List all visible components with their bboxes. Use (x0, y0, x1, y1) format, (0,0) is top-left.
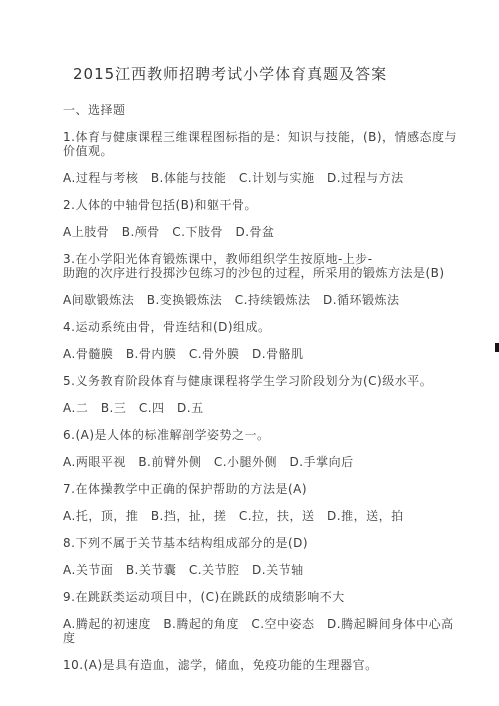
question-stem: 9.在跳跃类运动项目中，(C)在跳跃的成绩影响不大 (63, 590, 461, 604)
question-block: 7.在体操教学中正确的保护帮助的方法是(A) A.托，顶，推 B.挡，扯，搓 C… (63, 482, 461, 523)
question-stem: 1.体育与健康课程三维课程图标指的是：知识与技能，(B)，情感态度与价值观。 (63, 130, 461, 158)
question-options: A上肢骨 B.颅骨 C.下肢骨 D.骨盆 (63, 225, 461, 239)
document-content: 2015江西教师招聘考试小学体育真题及答案 一、选择题 1.体育与健康课程三维课… (0, 0, 499, 672)
question-block: 9.在跳跃类运动项目中，(C)在跳跃的成绩影响不大 A.腾起的初速度 B.腾起的… (63, 590, 461, 645)
question-options: A间歇锻炼法 B.变换锻炼法 C.持续锻炼法 D.循环锻炼法 (63, 293, 461, 307)
question-stem: 3.在小学阳光体育锻炼课中，教师组织学生按原地-上步- 助跑的次序进行投掷沙包练… (63, 252, 461, 280)
question-block: 10.(A)是具有造血，滤学，储血，免疫功能的生理器官。 (63, 658, 461, 672)
question-block: 4.运动系统由骨，骨连结和(D)组成。 A.骨髓膜 B.骨内膜 C.骨外膜 D.… (63, 320, 461, 361)
question-options: A.过程与考核 B.体能与技能 C.计划与实施 D.过程与方法 (63, 171, 461, 185)
question-block: 1.体育与健康课程三维课程图标指的是：知识与技能，(B)，情感态度与价值观。 A… (63, 130, 461, 185)
question-block: 3.在小学阳光体育锻炼课中，教师组织学生按原地-上步- 助跑的次序进行投掷沙包练… (63, 252, 461, 307)
question-stem: 5.义务教育阶段体育与健康课程将学生学习阶段划分为(C)级水平。 (63, 374, 461, 388)
question-stem: 7.在体操教学中正确的保护帮助的方法是(A) (63, 482, 461, 496)
question-options: A.骨髓膜 B.骨内膜 C.骨外膜 D.骨骼肌 (63, 347, 461, 361)
question-block: 6.(A)是人体的标准解剖学姿势之一。 A.两眼平视 B.前臂外侧 C.小腿外侧… (63, 428, 461, 469)
question-options: A.关节面 B.关节囊 C.关节腔 D.关节轴 (63, 563, 461, 577)
page-title: 2015江西教师招聘考试小学体育真题及答案 (73, 64, 461, 84)
question-block: 2.人体的中轴骨包括(B)和躯干骨。 A上肢骨 B.颅骨 C.下肢骨 D.骨盆 (63, 198, 461, 239)
question-options: A.二 B.三 C.四 D.五 (63, 401, 461, 415)
question-stem: 2.人体的中轴骨包括(B)和躯干骨。 (63, 198, 461, 212)
question-options: A.两眼平视 B.前臂外侧 C.小腿外侧 D.手掌向后 (63, 455, 461, 469)
section-heading: 一、选择题 (63, 103, 461, 117)
edge-artifact-mark (495, 343, 499, 352)
question-options: A.托，顶，推 B.挡，扯，搓 C.拉，扶，送 D.推，送，拍 (63, 509, 461, 523)
question-stem: 6.(A)是人体的标准解剖学姿势之一。 (63, 428, 461, 442)
question-options: A.腾起的初速度 B.腾起的角度 C.空中姿态 D.腾起瞬间身体中心高度 (63, 617, 461, 645)
question-block: 8.下列不属于关节基本结构组成部分的是(D) A.关节面 B.关节囊 C.关节腔… (63, 536, 461, 577)
document-page: 2015江西教师招聘考试小学体育真题及答案 一、选择题 1.体育与健康课程三维课… (0, 0, 499, 706)
question-stem: 4.运动系统由骨，骨连结和(D)组成。 (63, 320, 461, 334)
question-block: 5.义务教育阶段体育与健康课程将学生学习阶段划分为(C)级水平。 A.二 B.三… (63, 374, 461, 415)
question-stem: 10.(A)是具有造血，滤学，储血，免疫功能的生理器官。 (63, 658, 461, 672)
question-stem: 8.下列不属于关节基本结构组成部分的是(D) (63, 536, 461, 550)
